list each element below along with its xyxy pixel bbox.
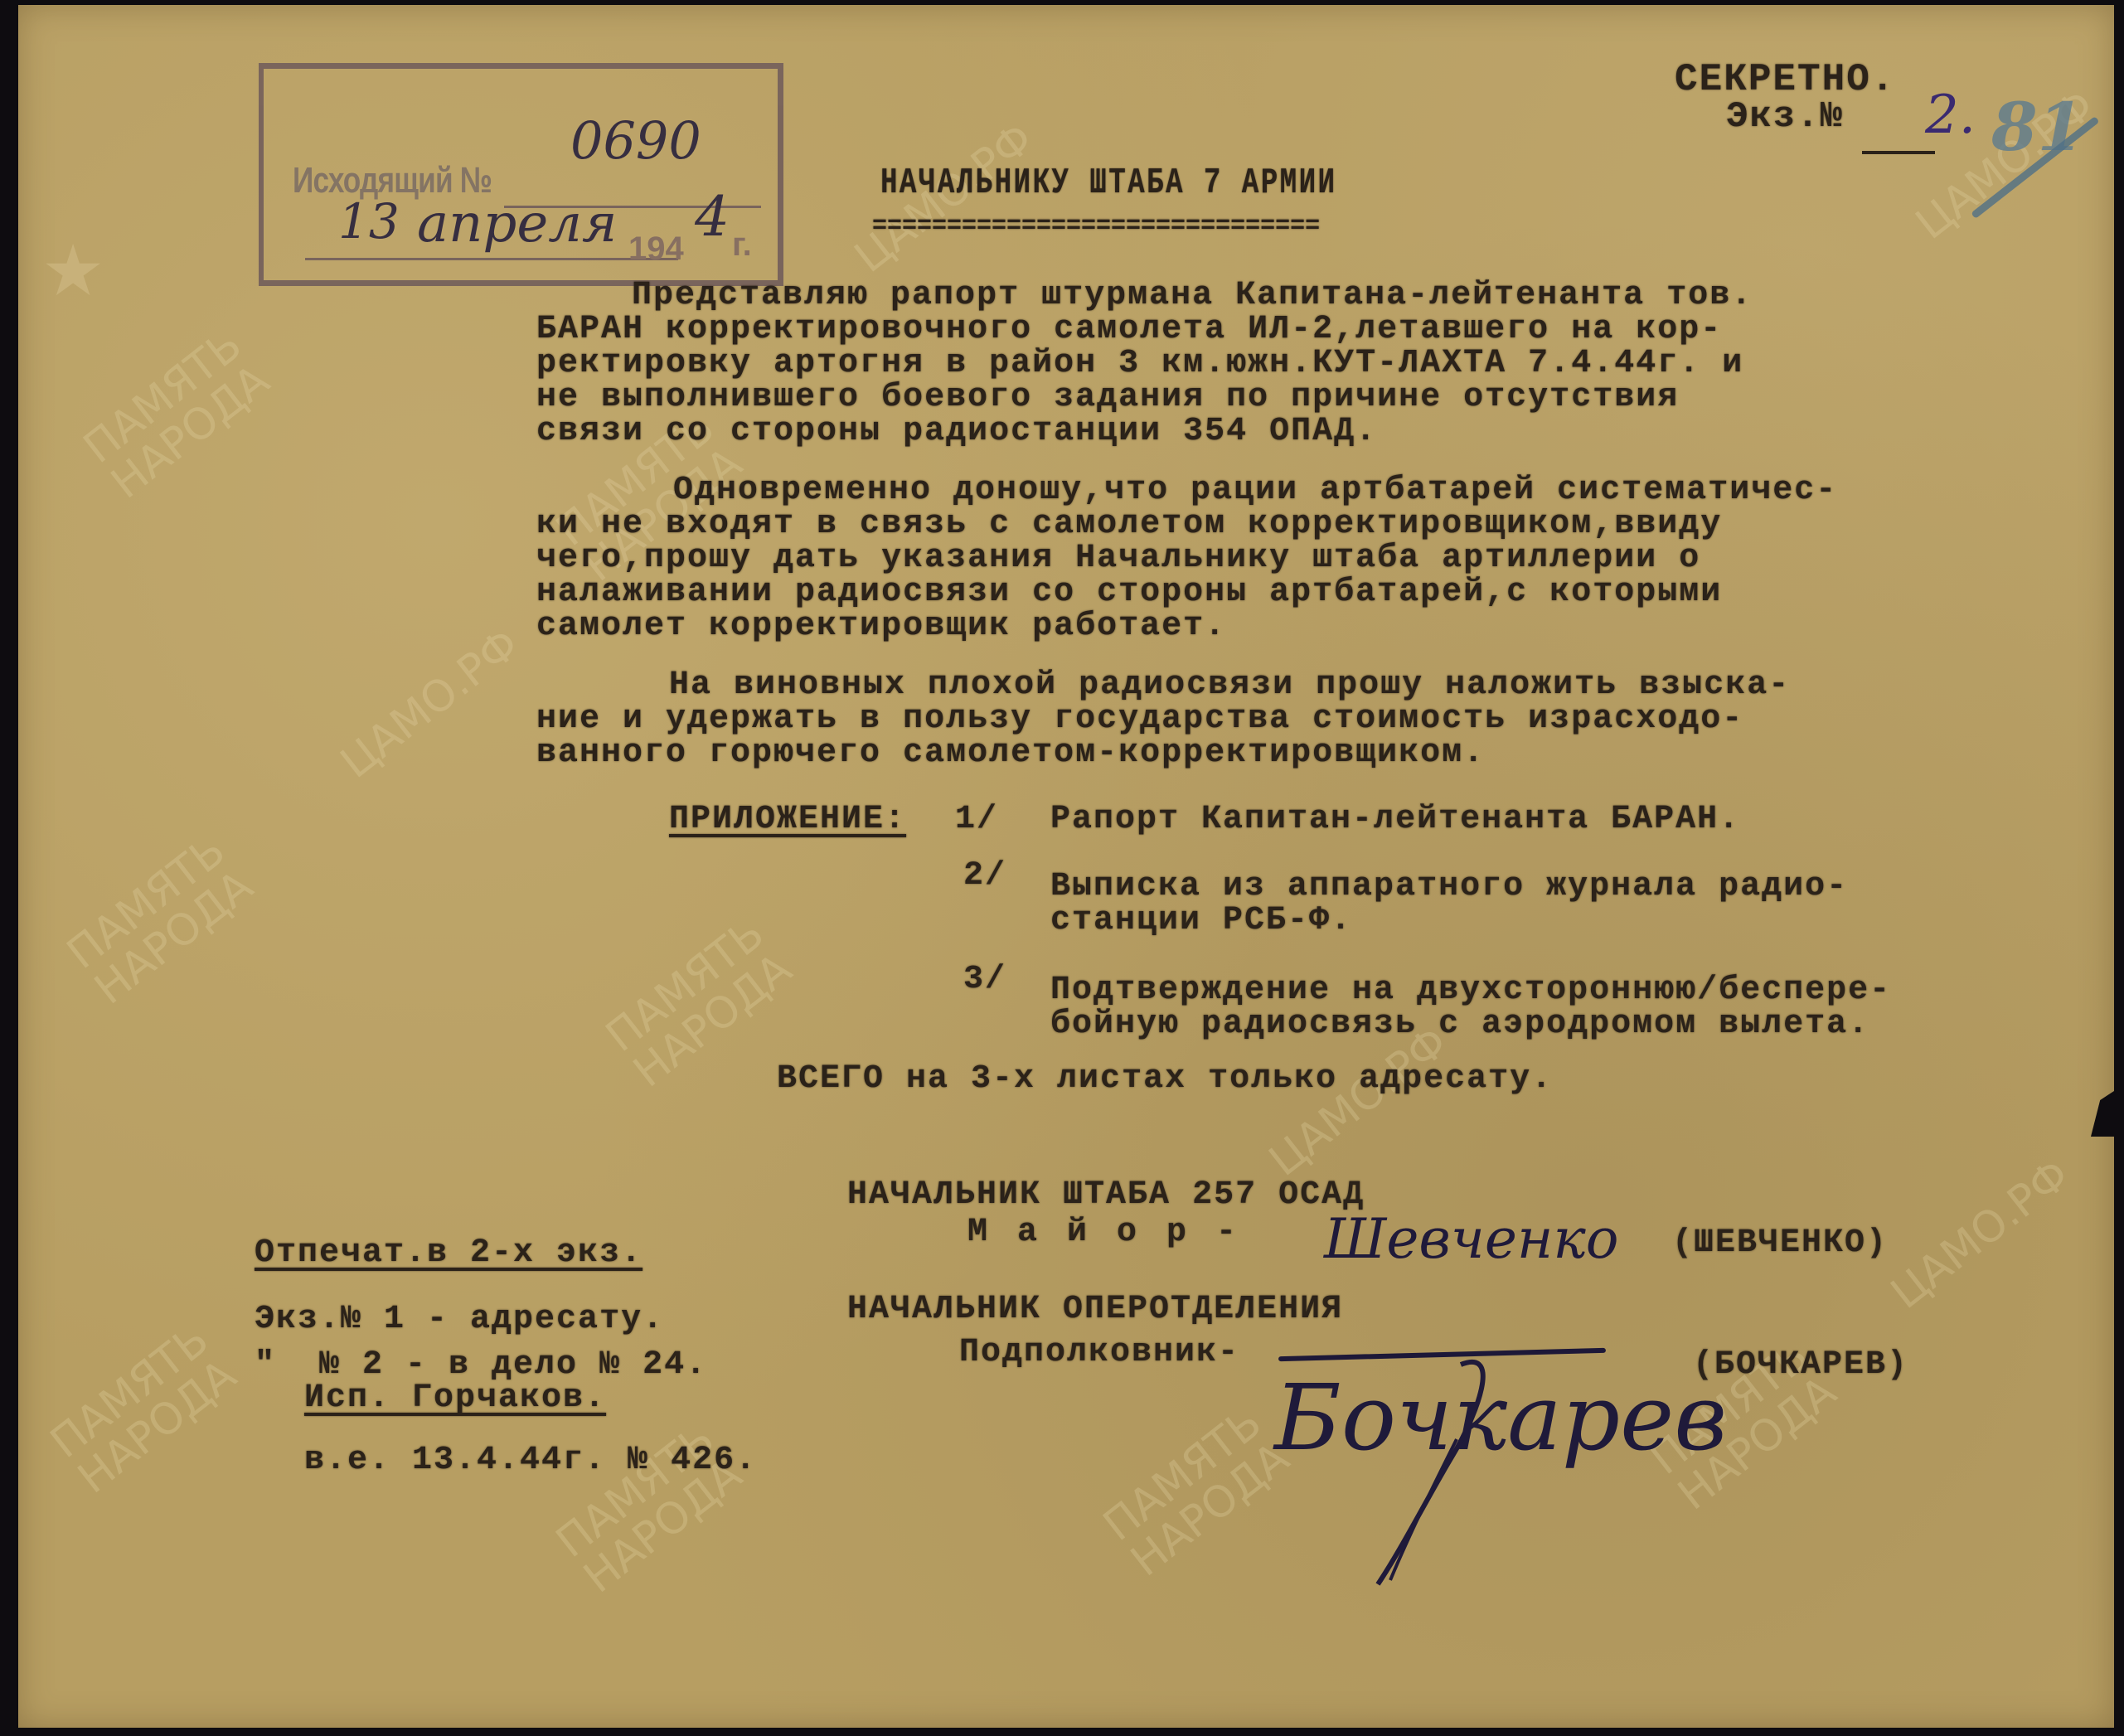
stamp-date-line [305, 258, 678, 260]
stamp-year-printed: 194 [628, 230, 684, 268]
chief-of-staff-name: (ШЕВЧЕНКО) [1672, 1226, 1888, 1260]
body-line: Представляю рапорт штурмана Капитана-лей… [632, 279, 1753, 313]
blue-pencil-margin-mark: 81 [1991, 88, 2083, 166]
attachment-number: 2/ [963, 859, 1006, 893]
copy-label: Экз.№ [1726, 96, 1844, 138]
attachment-number: 3/ [963, 963, 1006, 997]
torn-edge [2091, 1091, 2114, 1137]
document-page: ★ ПАМЯТЬ НАРОДА ПАМЯТЬ НАРОДА ПАМЯТЬ НАР… [18, 5, 2114, 1728]
chief-of-staff-title: НАЧАЛЬНИК ШТАБА 257 ОСАД [847, 1178, 1365, 1212]
outgoing-number-stamp: Исходящий № 0690 13 апреля 194 4 г. [259, 63, 783, 286]
body-line: самолет корректировщик работает. [536, 609, 1226, 643]
body-line: чего,прошу дать указания Начальнику штаб… [536, 541, 1700, 575]
stamp-year-handwritten: 4 [695, 185, 730, 249]
body-line: не выполнившего боевого задания по причи… [536, 381, 1679, 415]
secret-mark: СЕКРЕТНО. [1675, 58, 1895, 101]
copy-number-handwritten: 2. [1925, 85, 1976, 146]
watermark-pamyat-naroda: ПАМЯТЬ НАРОДА [1096, 1400, 1297, 1585]
body-line: налаживании радиосвязи со стороны артбат… [536, 575, 1722, 609]
watermark-pamyat-naroda: ПАМЯТЬ НАРОДА [599, 911, 799, 1096]
attachments-label: ПРИЛОЖЕНИЕ: [669, 803, 906, 836]
attachment-number: 1/ [955, 803, 998, 836]
stamp-number: 0690 [570, 110, 701, 171]
signature-flourish-icon [1312, 1348, 1511, 1597]
body-line: ки не входят в связь с самолетом коррект… [536, 507, 1722, 541]
watermark-pamyat-naroda: ПАМЯТЬ НАРОДА [60, 828, 260, 1013]
distribution-printed: Отпечат.в 2-х экз. [255, 1236, 643, 1270]
ops-chief-rank: Подполковник- [959, 1336, 1239, 1370]
attachment-text: Выписка из аппаратного журнала радио- [1050, 870, 1848, 904]
watermark-pamyat-naroda: ПАМЯТЬ НАРОДА [43, 1317, 244, 1502]
body-line: ванного горючего самолетом-корректировщи… [536, 736, 1485, 770]
star-watermark-icon: ★ [43, 221, 103, 320]
distribution-executor: Исп. Горчаков. [304, 1381, 606, 1415]
watermark-camo: ЦАМО.РФ [1884, 1152, 2078, 1317]
stamp-month: апреля [417, 193, 617, 255]
body-line: ние и удержать в пользу государства стои… [536, 702, 1743, 736]
addressee-title: НАЧАЛЬНИКУ ШТАБА 7 АРМИИ [880, 162, 1336, 204]
ops-chief-title: НАЧАЛЬНИК ОПЕРОТДЕЛЕНИЯ [847, 1292, 1343, 1326]
distribution-registration: в.е. 13.4.44г. № 426. [304, 1443, 757, 1477]
body-line: ректировку артогня в район 3 км.южн.КУТ-… [536, 347, 1743, 381]
body-line: На виновных плохой радиосвязи прошу нало… [669, 668, 1790, 702]
body-line: связи со стороны радиостанции 354 ОПАД. [536, 415, 1377, 449]
watermark-camo: ЦАМО.РФ [333, 621, 527, 786]
body-line: Одновременно доношу,что рации артбатарей… [673, 473, 1837, 507]
chief-of-staff-signature: Шевченко [1324, 1207, 1619, 1271]
stamp-day: 13 [338, 193, 400, 250]
attachment-text: Рапорт Капитан-лейтенанта БАРАН. [1050, 803, 1740, 836]
title-underline: ============================== [872, 212, 1320, 240]
copy-number-underline [1862, 151, 1935, 154]
watermark-camo: ЦАМО.РФ [1262, 1019, 1456, 1184]
distribution-copy1: Экз.№ 1 - адресату. [255, 1302, 664, 1336]
chief-of-staff-rank: М а й о р - [967, 1215, 1241, 1249]
attachment-text: бойную радиосвязь с аэродромом вылета. [1050, 1007, 1869, 1041]
attachment-text: станции РСБ-Ф. [1050, 904, 1352, 938]
attachment-text: Подтверждение на двухстороннюю/бесперe- [1050, 973, 1891, 1007]
body-line: БАРАН корректировочного самолета ИЛ-2,ле… [536, 313, 1722, 347]
attachments-total: ВСЕГО на 3-х листах только адресату. [777, 1062, 1553, 1096]
distribution-copy2: " № 2 - в дело № 24. [255, 1348, 707, 1382]
watermark-pamyat-naroda: ПАМЯТЬ НАРОДА [76, 322, 277, 507]
stamp-year-suffix: г. [732, 226, 752, 264]
